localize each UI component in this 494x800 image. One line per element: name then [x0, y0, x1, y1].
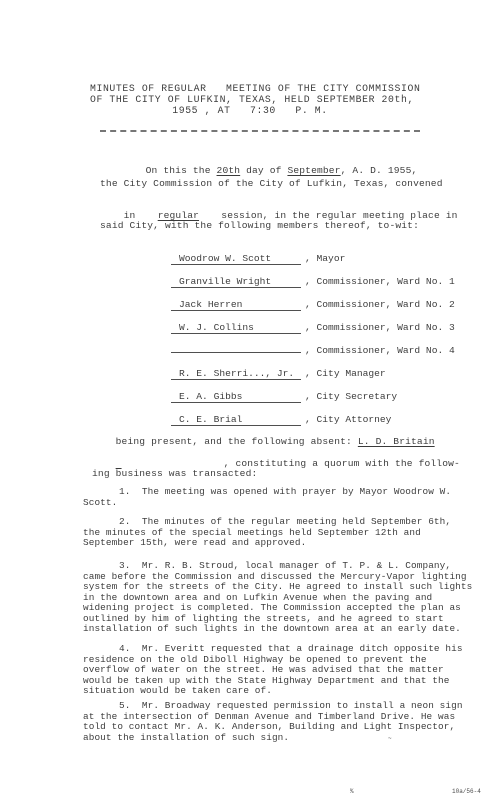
member-name: E. A. Gibbs [171, 391, 301, 403]
member-role: , City Manager [305, 368, 386, 379]
member-name: R. E. Sherri..., Jr. [171, 368, 301, 380]
item-text: Mr. Everitt requested that a drainage di… [83, 643, 463, 696]
item-number: 5. [119, 700, 130, 711]
member-name: W. J. Collins [171, 322, 301, 334]
attendance-line-3: ing business was transacted: [92, 468, 257, 479]
meeting-month: September [287, 165, 340, 176]
document-page: MINUTES OF REGULAR MEETING OF THE CITY C… [0, 0, 494, 800]
minutes-item: 1. The meeting was opened with prayer by… [83, 487, 473, 508]
member-role: , Commissioner, Ward No. 4 [305, 345, 455, 356]
opening-suffix: , A. D. 1955, [341, 165, 418, 176]
minutes-item: 3. Mr. R. B. Stroud, local manager of T.… [83, 561, 473, 635]
opening-line-2: the City Commission of the City of Lufki… [100, 178, 443, 189]
item-number: 2. [119, 516, 130, 527]
attendance-prefix: being present, and the following absent: [116, 436, 358, 447]
member-role: , Commissioner, Ward No. 1 [305, 276, 455, 287]
member-name: Woodrow W. Scott [171, 253, 301, 265]
minutes-item: 5. Mr. Broadway requested permission to … [83, 701, 473, 743]
item-number: 3. [119, 560, 130, 571]
member-name: Jack Herren [171, 299, 301, 311]
member-name: Granville Wright [171, 276, 301, 288]
item-text: The meeting was opened with prayer by Ma… [83, 486, 451, 508]
title-line-3: 1955 , AT 7:30 P. M. [90, 105, 410, 116]
absent-member: L. D. Britain [358, 436, 435, 447]
member-role: , Commissioner, Ward No. 3 [305, 322, 455, 333]
minutes-item: 2. The minutes of the regular meeting he… [83, 517, 473, 549]
title-line-2: OF THE CITY OF LUFKIN, TEXAS, HELD SEPTE… [90, 94, 410, 105]
minutes-item: 4. Mr. Everitt requested that a drainage… [83, 644, 473, 697]
member-role: , Mayor [305, 253, 345, 264]
item-text: Mr. R. B. Stroud, local manager of T. P.… [83, 560, 472, 634]
opening-mid: day of [240, 165, 287, 176]
initials-mark: ~ [388, 735, 392, 742]
member-name [171, 352, 301, 353]
member-role: , City Secretary [305, 391, 397, 402]
member-role: , City Attorney [305, 414, 391, 425]
attendance-suffix: , constituting a quorum with the follow- [224, 458, 460, 469]
opening-line-4: said City, with the following members th… [100, 220, 419, 231]
item-number: 4. [119, 643, 130, 654]
separator-dashes [100, 130, 420, 134]
item-text: Mr. Broadway requested permission to ins… [83, 700, 463, 743]
item-number: 1. [119, 486, 130, 497]
document-stamp: 10a/56-4 [452, 788, 481, 795]
title-line-1: MINUTES OF REGULAR MEETING OF THE CITY C… [90, 83, 410, 94]
opening-prefix: On this the [146, 165, 217, 176]
member-role: , Commissioner, Ward No. 2 [305, 299, 455, 310]
page-mark: % [350, 788, 354, 795]
meeting-day: 20th [217, 165, 241, 176]
item-text: The minutes of the regular meeting held … [83, 516, 451, 548]
